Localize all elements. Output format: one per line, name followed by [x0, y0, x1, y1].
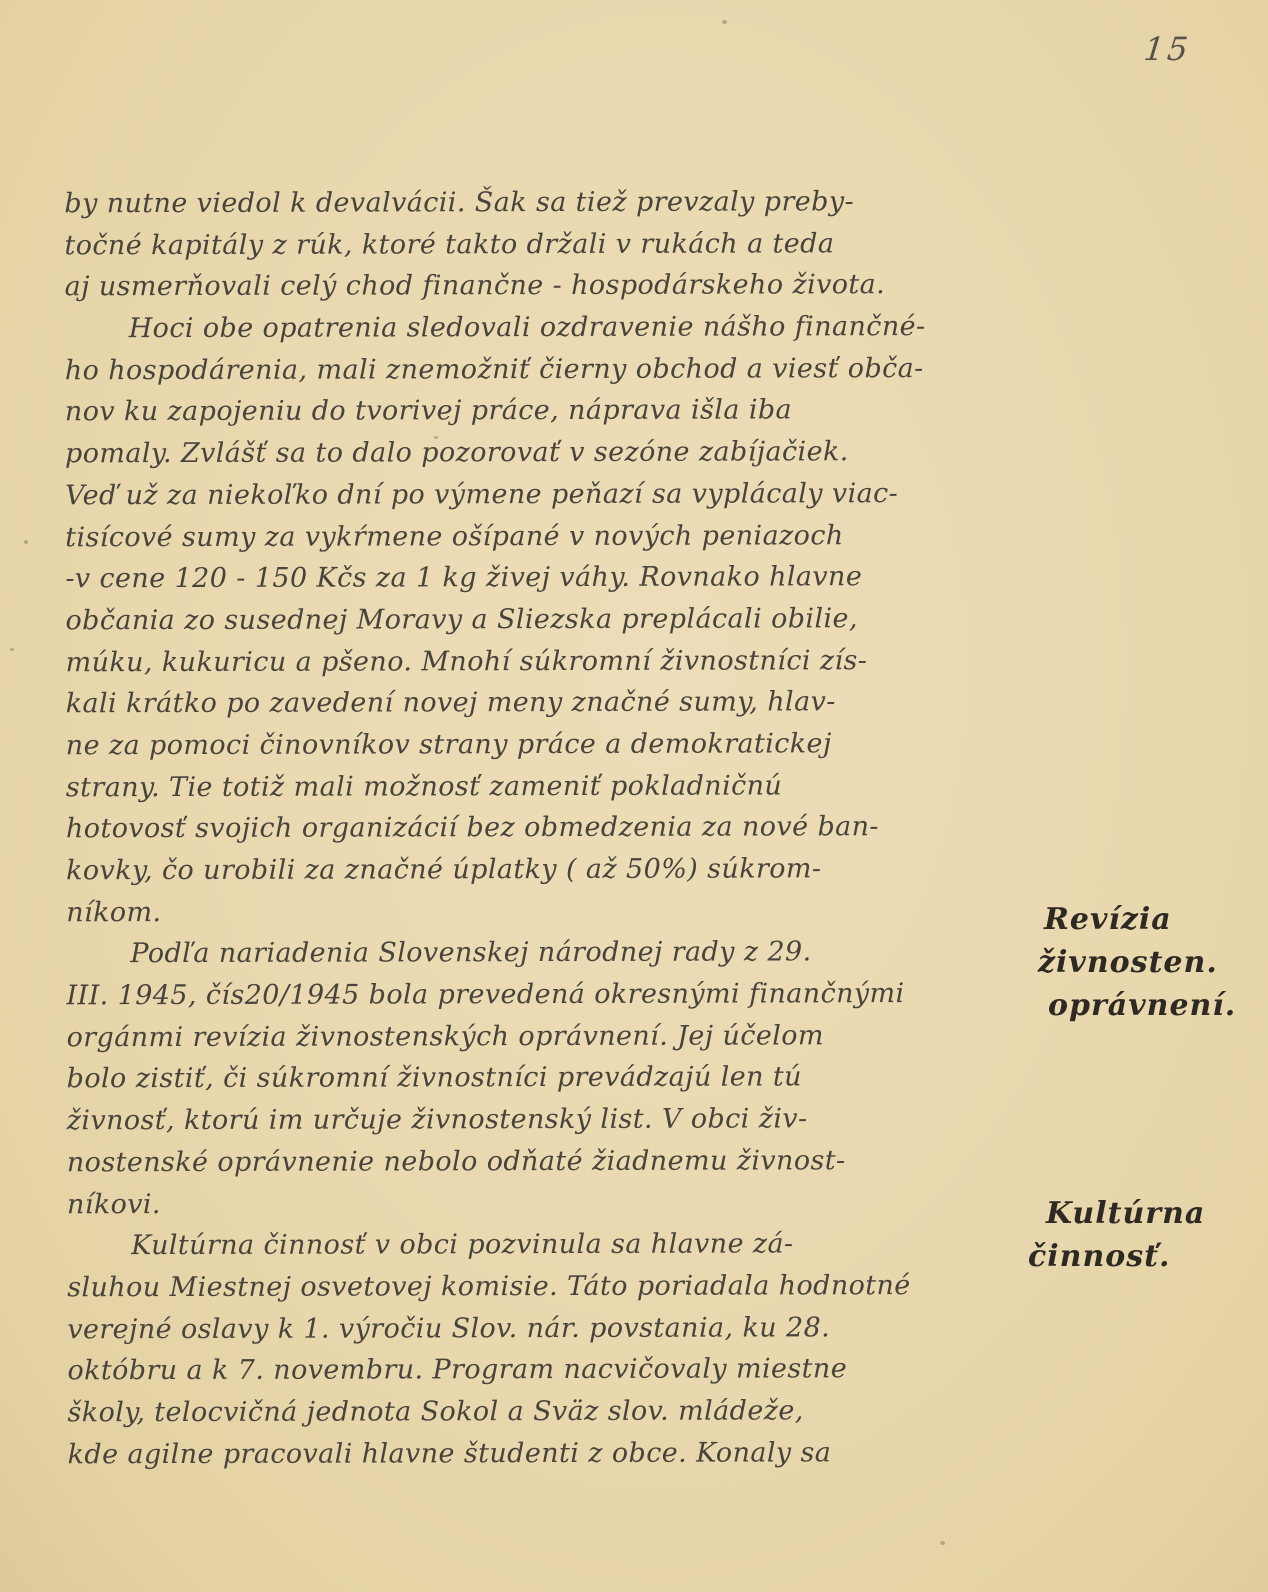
page-number: 15	[1142, 30, 1193, 68]
paper-speck	[940, 1541, 945, 1545]
text-line: tisícové sumy za vykŕmene ošípané v nový…	[65, 514, 1050, 558]
text-line: sluhou Miestnej osvetovej komisie. Táto …	[67, 1265, 1052, 1309]
text-line: III. 1945, čís20/1945 bola prevedená okr…	[66, 973, 1051, 1017]
text-line: občania zo susednej Moravy a Sliezska pr…	[65, 598, 1050, 642]
text-line: aj usmerňovali celý chod finančne - hosp…	[65, 264, 1050, 308]
text-line: múku, kukuricu a pšeno. Mnohí súkromní ž…	[66, 639, 1051, 683]
margin-note-line: Kultúrna	[1046, 1192, 1205, 1235]
text-line: pomaly. Zvlášť sa to dalo pozorovať v se…	[65, 431, 1050, 475]
margin-note-kulturna: Kultúrna činnosť.	[1046, 1192, 1205, 1278]
text-line: ne za pomoci činovníkov strany práce a d…	[66, 723, 1051, 767]
text-line: níkom.	[66, 889, 1051, 933]
text-line: by nutne viedol k devalvácii. Šak sa tie…	[64, 181, 1049, 225]
margin-note-revizia: Revízia živnosten. oprávnení.	[1044, 898, 1236, 1027]
text-line: orgánmi revízia živnostenských oprávnení…	[66, 1014, 1051, 1058]
paper-speck	[434, 436, 438, 439]
text-line: živnosť, ktorú im určuje živnostenský li…	[67, 1098, 1052, 1142]
text-line: verejné oslavy k 1. výročiu Slov. nár. p…	[67, 1306, 1052, 1350]
text-line: školy, telocvičná jednota Sokol a Sväz s…	[67, 1390, 1052, 1434]
text-line: nov ku zapojeniu do tvorivej práce, nápr…	[65, 389, 1050, 433]
text-line: kovky, čo urobili za značné úplatky ( až…	[66, 848, 1051, 892]
text-line: nostenské oprávnenie nebolo odňaté žiadn…	[67, 1140, 1052, 1184]
margin-note-line: Revízia	[1044, 898, 1236, 941]
text-line: Veď už za niekoľko dní po výmene peňazí …	[65, 473, 1050, 517]
text-line: ho hospodárenia, mali znemožniť čierny o…	[65, 347, 1050, 391]
text-line: Kultúrna činnosť v obci pozvinula sa hla…	[67, 1223, 1052, 1267]
text-line: kde agilne pracovali hlavne študenti z o…	[68, 1431, 1053, 1475]
text-line: Hoci obe opatrenia sledovali ozdravenie …	[65, 306, 1050, 350]
text-line: -v cene 120 - 150 Kčs za 1 kg živej váhy…	[65, 556, 1050, 600]
paper-speck	[24, 540, 28, 544]
margin-note-line: oprávnení.	[1048, 984, 1236, 1027]
paper-speck	[722, 20, 727, 24]
margin-note-line: činnosť.	[1028, 1235, 1205, 1278]
text-line: októbru a k 7. novembru. Program nacvičo…	[67, 1348, 1052, 1392]
text-line: kali krátko po zavedení novej meny značn…	[66, 681, 1051, 725]
paper-speck	[10, 648, 14, 651]
text-line: točné kapitály z rúk, ktoré takto držali…	[64, 222, 1049, 266]
manuscript-page: 15 by nutne viedol k devalvácii. Šak sa …	[0, 0, 1268, 1592]
text-line: hotovosť svojich organizácií bez obmedze…	[66, 806, 1051, 850]
text-line: níkovi.	[67, 1181, 1052, 1225]
margin-note-line: živnosten.	[1038, 941, 1236, 984]
body-text: by nutne viedol k devalvácii. Šak sa tie…	[64, 181, 1052, 1476]
text-line: bolo zistiť, či súkromní živnostníci pre…	[67, 1056, 1052, 1100]
text-line: Podľa nariadenia Slovenskej národnej rad…	[66, 931, 1051, 975]
text-line: strany. Tie totiž mali možnosť zameniť p…	[66, 764, 1051, 808]
